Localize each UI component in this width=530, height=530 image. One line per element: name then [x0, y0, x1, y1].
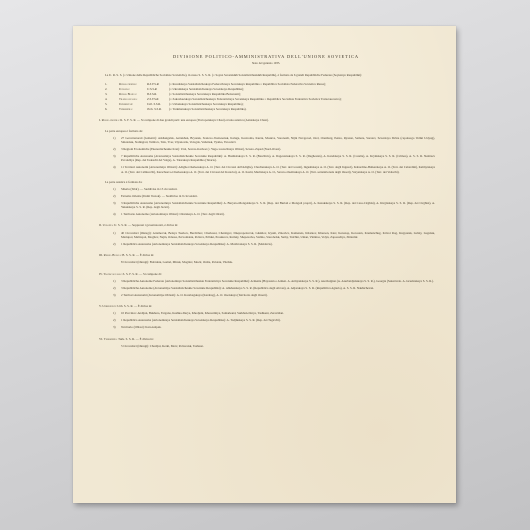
section-summary: U. S. S. R. — Soppressi i governatorati,… [114, 223, 178, 227]
document-body: DIVISIONE POLITICO-AMMINISTRATIVA DELL'U… [97, 48, 435, 351]
republic-abbreviation: Z.S.F.S.R. [147, 97, 169, 101]
list-item: 1)27 Governatorati (Guberni): Arkhangels… [113, 136, 435, 145]
list-item: 3)3 Repubbliche Autonome (Avtonomnye Sot… [113, 201, 435, 210]
document-title: DIVISIONE POLITICO-AMMINISTRATIVA DELL'U… [97, 54, 435, 59]
section-name: Uzbekistan: [102, 304, 117, 308]
republic-row: 1.Russia propria:R.S.F.S.R.(= Rossiiskay… [105, 82, 435, 86]
section-heading: I. Russia propria: R. S. F. S. R. — Si c… [99, 118, 435, 122]
item-text: Estremo Oriente (Dalni Vostok). — Suddiv… [121, 194, 435, 198]
section: II. Ucraina: U. S. S. R. — Soppressi i g… [97, 223, 435, 246]
item-text: 27 Governatorati (Guberni): Arkhangelsk,… [121, 136, 435, 145]
part-heading: La parte europea è formata da: [105, 129, 435, 133]
item-number: 3) [113, 293, 121, 297]
section: I. Russia propria: R. S. F. S. R. — Si c… [97, 118, 435, 216]
section-name: Ucraina: [103, 223, 115, 227]
item-text: 3 Repubbliche Autonome (Avtonomnye Sotsi… [121, 286, 435, 290]
section-heading: IV. Transcaucasia: Z. S. F. S. R. — Si c… [99, 272, 435, 276]
item-number: 3) [113, 154, 121, 163]
section-summary: B. S. S. R. — È divisa in: [122, 253, 154, 257]
item-text: 3 Regioni Economiche (Ekonomicheskie Kra… [121, 147, 435, 151]
part-heading: La parte asiatica è formata da: [105, 180, 435, 184]
republic-number: 5. [105, 102, 119, 106]
list-item: 2)3 Regioni Economiche (Ekonomicheskie K… [113, 147, 435, 151]
republic-description: (= Uzbekskaya Sotsialisticheskaya Sovets… [169, 102, 435, 106]
item-text: Territorio (Oblast): Kara-kalpak. [121, 325, 435, 329]
republic-number: 1. [105, 82, 119, 86]
section-name: Turkmenia: [104, 337, 118, 341]
sections-container: I. Russia propria: R. S. F. S. R. — Si c… [97, 118, 435, 348]
republics-list: 1.Russia propria:R.S.F.S.R.(= Rossiiskay… [105, 82, 435, 112]
item-number: 1) [113, 231, 121, 240]
republic-description: (= Sotsialisticheskaya Sovetskaya Respub… [169, 92, 435, 96]
item-number: 3) [113, 325, 121, 329]
item-text: 11 Territori Autonomi (Avtonomnye Oblast… [121, 165, 435, 174]
list-item: 3)7 Repubbliche Autonome (Avtonomnye Sot… [113, 154, 435, 163]
intro-paragraph: La U. R. S. S. (= Unione delle Repubblic… [105, 73, 435, 77]
item-text: 2 Territori Autonomi (Avtonomnye Oblasti… [121, 293, 435, 297]
republic-abbreviation: Uzb. S.S.R. [147, 102, 169, 106]
section-summary: R. S. F. S. R. — Si compone di due grand… [120, 118, 269, 122]
list-item: 1)40 Circondari (Okrugi): Artemovsk, Bel… [113, 231, 435, 240]
republic-number: 4. [105, 97, 119, 101]
section: V. Uzbekistan: Uzb. S. S. R. — È divisa … [97, 304, 435, 329]
republic-description: (= Turkmenskaya Sotsialisticheskaya Sove… [169, 107, 435, 111]
list-item: 5 Circondari (Okrugi): Chardjui, Kerki, … [113, 344, 435, 348]
list-item: 4)11 Territori Autonomi (Avtonomnye Obla… [113, 165, 435, 174]
list-item: 2)Estremo Oriente (Dalni Vostok). — Sudd… [113, 194, 435, 198]
document-date: Stato del gennaio 1935. [97, 61, 435, 65]
republic-abbreviation: B.S.S.R. [147, 92, 169, 96]
section-name: Russia Bianca: [104, 253, 123, 257]
list-item: 1)3 Repubbliche Autonome Federate (Avton… [113, 279, 435, 283]
republic-description: (= Ukrainskaya Sotsialisticheskaya Sovet… [169, 87, 435, 91]
republic-abbreviation: R.S.F.S.R. [147, 82, 169, 86]
item-text: 1 Territorio Autonomo (Avtonomnaya Oblas… [121, 212, 435, 216]
section-heading: VI. Turkmenia: Turk. S. S. R. — È divisa… [99, 337, 435, 341]
item-text: 40 Circondari (Okrugi): Artemovsk, Belay… [121, 231, 435, 240]
section-heading: II. Ucraina: U. S. S. R. — Soppressi i g… [99, 223, 435, 227]
list-item: 3)Territorio (Oblast): Kara-kalpak. [113, 325, 435, 329]
item-text: 10 Province: Andijan, Bukhara, Fergana, … [121, 311, 435, 315]
item-number: 3) [113, 201, 121, 210]
list-item: 2)3 Repubbliche Autonome (Avtonomnye Sot… [113, 286, 435, 290]
republic-number: 6. [105, 107, 119, 111]
item-text: 3 Repubbliche Autonome (Avtonomnye Sotsi… [121, 201, 435, 210]
section: VI. Turkmenia: Turk. S. S. R. — È divisa… [97, 337, 435, 349]
item-text: 1 Repubblica Autonoma (Avtonomnaya Sotsi… [121, 242, 435, 246]
list-item: 1)10 Province: Andijan, Bukhara, Fergana… [113, 311, 435, 315]
republic-row: 4.Transcaucasia:Z.S.F.S.R.(= Zakavkazska… [105, 97, 435, 101]
section-summary: Uzb. S. S. R. — È divisa in: [117, 304, 152, 308]
item-number: 2) [113, 242, 121, 246]
item-text: Siberia (Sibir). — Suddivisa in 13 circo… [121, 187, 435, 191]
republic-name: Ucraina: [119, 87, 147, 91]
item-text: 1 Repubblica Autonoma (Avtonomnaya Sotsi… [121, 318, 435, 322]
republic-name: Russia propria: [119, 82, 147, 86]
section: III. Russia Bianca: B. S. S. R. — È divi… [97, 253, 435, 265]
section-name: Russia propria: [102, 118, 121, 122]
item-number: 2) [113, 147, 121, 151]
item-text: 8 Circondari (Okrugi): Bobruisk, Gomel, … [121, 260, 435, 264]
list-item: 4)1 Territorio Autonomo (Avtonomnaya Obl… [113, 212, 435, 216]
republic-name: Russia Bianca: [119, 92, 147, 96]
item-number: 1) [113, 311, 121, 315]
republic-number: 2. [105, 87, 119, 91]
republic-abbreviation: Turk. S.S.R. [147, 107, 169, 111]
item-number: 1) [113, 136, 121, 145]
item-number: 4) [113, 165, 121, 174]
republic-name: Transcaucasia: [119, 97, 147, 101]
republic-row: 6.Turkmenia:Turk. S.S.R.(= Turkmenskaya … [105, 107, 435, 111]
section-heading: III. Russia Bianca: B. S. S. R. — È divi… [99, 253, 435, 257]
republic-number: 3. [105, 92, 119, 96]
section-summary: Turk. S. S. R. — È divisa in: [118, 337, 154, 341]
list-item: 1)Siberia (Sibir). — Suddivisa in 13 cir… [113, 187, 435, 191]
item-number: 1) [113, 279, 121, 283]
item-number [113, 344, 121, 348]
item-text: 5 Circondari (Okrugi): Chardjui, Kerki, … [121, 344, 435, 348]
item-number [113, 260, 121, 264]
section: IV. Transcaucasia: Z. S. F. S. R. — Si c… [97, 272, 435, 297]
republic-row: 5.Uzbekistan:Uzb. S.S.R.(= Uzbekskaya So… [105, 102, 435, 106]
item-number: 1) [113, 187, 121, 191]
republic-row: 2.Ucraina:U.S.S.R.(= Ukrainskaya Sotsial… [105, 87, 435, 91]
section-heading: V. Uzbekistan: Uzb. S. S. R. — È divisa … [99, 304, 435, 308]
republic-abbreviation: U.S.S.R. [147, 87, 169, 91]
item-number: 2) [113, 194, 121, 198]
republic-row: 3.Russia Bianca:B.S.S.R.(= Sotsialistich… [105, 92, 435, 96]
republic-description: (= Rossiiskaya Sotsialisticheskaya Feder… [169, 82, 435, 86]
republic-description: (= Zakavkazskaya Sotsialisticheskaya Fed… [169, 97, 435, 101]
item-text: 7 Repubbliche Autonome (Avtonomnye Sotsi… [121, 154, 435, 163]
section-name: Transcaucasia: [103, 272, 122, 276]
item-number: 2) [113, 318, 121, 322]
poster-sheet: DIVISIONE POLITICO-AMMINISTRATIVA DELL'U… [73, 26, 456, 503]
list-item: 2)1 Repubblica Autonoma (Avtonomnaya Sot… [113, 318, 435, 322]
republic-name: Uzbekistan: [119, 102, 147, 106]
section-summary: Z. S. F. S. R. — Si compone di: [123, 272, 162, 276]
list-item: 2)1 Repubblica Autonoma (Avtonomnaya Sot… [113, 242, 435, 246]
item-number: 4) [113, 212, 121, 216]
item-text: 3 Repubbliche Autonome Federate (Avtonom… [121, 279, 435, 283]
republic-name: Turkmenia: [119, 107, 147, 111]
item-number: 2) [113, 286, 121, 290]
list-item: 3)2 Territori Autonomi (Avtonomnye Oblas… [113, 293, 435, 297]
list-item: 8 Circondari (Okrugi): Bobruisk, Gomel, … [113, 260, 435, 264]
